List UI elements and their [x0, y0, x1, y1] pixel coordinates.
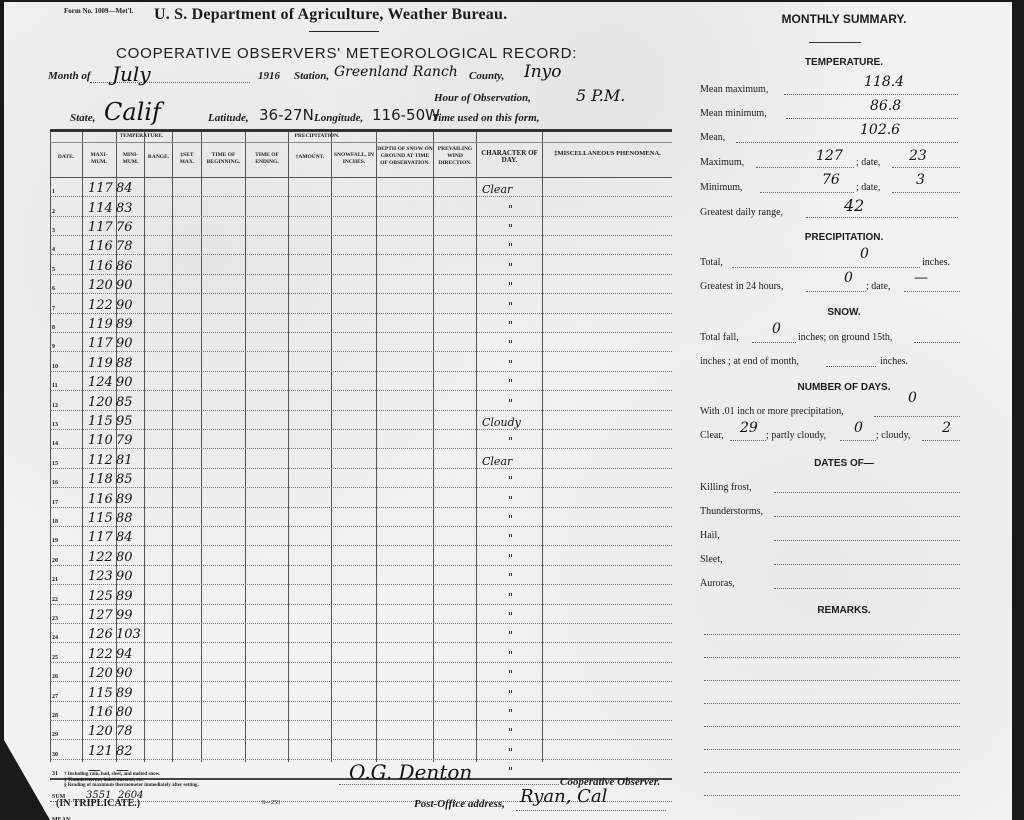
department-title: U. S. Department of Agriculture, Weather… — [154, 6, 507, 24]
remarks-heading: REMARKS. — [694, 605, 994, 616]
row-date: 29 — [52, 732, 58, 738]
table-row: 2 114 83 " — [50, 197, 672, 216]
row-character: " — [508, 726, 513, 739]
row-max-temp: 120 — [88, 278, 113, 293]
row-date: 17 — [52, 500, 58, 506]
remarks-line — [704, 680, 960, 681]
post-office-value: Ryan, Cal — [520, 786, 607, 807]
clear-label: Clear, — [700, 430, 724, 441]
row-character: " — [508, 746, 513, 759]
row-max-temp: 120 — [88, 395, 113, 410]
dotted-line — [736, 142, 958, 143]
form-code: 8—253 — [262, 800, 280, 806]
table-row: 29 120 78 " — [50, 721, 672, 740]
row-min-temp: 90 — [116, 298, 133, 313]
cloudy-label: ; cloudy, — [876, 430, 910, 441]
table-row: 30 121 82 " — [50, 741, 672, 760]
row-min-temp: 90 — [116, 569, 133, 584]
time-used-label: Time used on this form, — [432, 112, 539, 124]
row-max-temp: 127 — [88, 608, 113, 623]
row-max-temp: 122 — [88, 647, 113, 662]
weather-record-form: Form No. 1009—Met'l. U. S. Department of… — [4, 2, 1012, 820]
row-max-temp: 118 — [88, 472, 113, 487]
month-label: Month of — [48, 70, 91, 82]
row-min-temp: 94 — [116, 647, 133, 662]
table-row: 5 116 86 " — [50, 256, 672, 275]
hour-value: 5 P.M. — [576, 86, 625, 105]
row-max-temp: 116 — [88, 259, 113, 274]
row-max-temp: 120 — [88, 666, 113, 681]
row-max-temp: 119 — [88, 356, 113, 371]
row-date: 28 — [52, 713, 58, 719]
remarks-line — [704, 749, 960, 750]
row-min-temp: 81 — [116, 453, 133, 468]
row-min-temp: 95 — [116, 414, 133, 429]
row-max-temp: 119 — [88, 317, 113, 332]
row-character: " — [508, 610, 513, 623]
hour-label: Hour of Observation, — [434, 92, 531, 104]
summary-title: MONTHLY SUMMARY. — [694, 12, 994, 26]
table-row: 25 122 94 " — [50, 644, 672, 663]
row-min-temp: 80 — [116, 705, 133, 720]
max-date-label: ; date, — [856, 157, 880, 168]
dates-of-item: Sleet, — [700, 554, 723, 565]
dates-of-item: Hail, — [700, 530, 720, 541]
mean-label: Mean, — [700, 132, 725, 143]
partly-cloudy-value: 0 — [854, 420, 863, 436]
dotted-line — [732, 267, 920, 268]
observer-signature-line: O.G. Denton — [339, 760, 559, 785]
precip-total-label: Total, — [700, 257, 723, 268]
row-date: 10 — [52, 364, 58, 370]
dotted-line — [806, 291, 866, 292]
table-row: 26 120 90 " — [50, 663, 672, 682]
row-max-temp: 121 — [88, 744, 113, 759]
row-min-temp: 90 — [116, 336, 133, 351]
col-date: DATE. — [50, 154, 82, 161]
col-snow-depth: DEPTH OF SNOW ON GROUND AT TIME OF OBSER… — [377, 146, 433, 167]
row-min-temp: 82 — [116, 744, 133, 759]
clear-value: 29 — [740, 420, 758, 436]
table-row: 3 117 76 " — [50, 217, 672, 236]
col-misc: ‡MISCELLANEOUS PHENOMENA. — [543, 150, 672, 157]
row-character: " — [508, 494, 513, 507]
table-row: 8 119 89 " — [50, 314, 672, 333]
dotted-line — [826, 366, 876, 367]
row-max-temp: 116 — [88, 239, 113, 254]
row-character: " — [508, 261, 513, 274]
row-max-temp: 122 — [88, 298, 113, 313]
table-row: 23 127 99 " — [50, 605, 672, 624]
dates-of-item: Killing frost, — [700, 482, 752, 493]
dotted-line — [892, 167, 960, 168]
table-row: 27 115 89 " — [50, 682, 672, 701]
dates-of-item: Auroras, — [700, 578, 735, 589]
row-date: 2 — [52, 209, 55, 215]
row-date: 4 — [52, 247, 55, 253]
col-range: RANGE. — [145, 154, 172, 161]
row-min-temp: 85 — [116, 472, 133, 487]
row-max-temp: 110 — [88, 433, 113, 448]
state-label: State, — [70, 112, 95, 124]
row-character: " — [508, 552, 513, 565]
row-min-temp: 88 — [116, 356, 133, 371]
precipitation-heading: PRECIPITATION. — [694, 232, 994, 243]
row-character: " — [508, 532, 513, 545]
table-row: 19 117 84 " — [50, 527, 672, 546]
row-character: " — [508, 688, 513, 701]
row-min-temp: 90 — [116, 278, 133, 293]
inches-label: inches. — [922, 257, 950, 268]
row-max-temp: 123 — [88, 569, 113, 584]
row-max-temp: 117 — [88, 220, 113, 235]
row-character: " — [508, 358, 513, 371]
table-row: 16 118 85 " — [50, 469, 672, 488]
remarks-line — [704, 772, 960, 773]
row-character: " — [508, 319, 513, 332]
row-date: 27 — [52, 694, 58, 700]
county-label: County, — [469, 70, 504, 82]
row-character: " — [508, 513, 513, 526]
dates-of-heading: DATES OF— — [694, 458, 994, 469]
daily-record-table: TEMPERATURE. PRECIPITATION. DATE. MAXI-M… — [50, 129, 672, 762]
dotted-line — [774, 564, 960, 565]
row-min-temp: 89 — [116, 686, 133, 701]
row-date: 3 — [52, 228, 55, 234]
county-value: Inyo — [524, 62, 562, 82]
snow-end-label: inches ; at end of month, — [700, 356, 799, 367]
table-row: 10 119 88 " — [50, 353, 672, 372]
cloudy-value: 2 — [942, 420, 951, 436]
row-min-temp: 76 — [116, 220, 133, 235]
snow-total-value: 0 — [772, 321, 781, 337]
year: 1916 — [258, 70, 280, 82]
maximum-value: 127 — [816, 148, 843, 164]
row-character: " — [508, 707, 513, 720]
row-max-temp: 122 — [88, 550, 113, 565]
row-character: " — [508, 338, 513, 351]
footnotes: † Including rain, hail, sleet, and melte… — [64, 772, 199, 789]
col-max: MAXI-MUM. — [83, 152, 115, 166]
row-date: 9 — [52, 344, 55, 350]
mean-value: 102.6 — [860, 122, 900, 138]
row-character: " — [508, 591, 513, 604]
post-office-label: Post-Office address, — [414, 798, 505, 810]
row-min-temp: 84 — [116, 181, 133, 196]
mean-min-label: Mean minimum, — [700, 108, 767, 119]
remarks-line — [704, 726, 960, 727]
longitude-value: 116-50W — [372, 106, 440, 124]
dotted-line — [756, 167, 854, 168]
col-set-max: ‡SET MAX. — [173, 152, 201, 166]
minimum-value: 76 — [822, 172, 840, 188]
col-min: MINI-MUM. — [117, 152, 144, 166]
row-date: 7 — [52, 306, 55, 312]
row-min-temp: 83 — [116, 201, 133, 216]
row-date: 25 — [52, 655, 58, 661]
row-date: 23 — [52, 616, 58, 622]
days-heading: NUMBER OF DAYS. — [694, 382, 994, 393]
table-row: 18 115 88 " — [50, 508, 672, 527]
row-character: " — [508, 377, 513, 390]
month-field: July — [90, 62, 250, 83]
snow-total-label: Total fall, — [700, 332, 739, 343]
dotted-line — [774, 540, 960, 541]
col-amount: †AMOUNT. — [289, 154, 331, 161]
range-label: Greatest daily range, — [700, 207, 783, 218]
col-snowfall: SNOWFALL, IN INCHES. — [332, 152, 376, 166]
row-min-temp: 90 — [116, 666, 133, 681]
station-label: Station, — [294, 70, 329, 82]
row-min-temp: 78 — [116, 724, 133, 739]
row-date: 8 — [52, 325, 55, 331]
mean-max-label: Mean maximum, — [700, 84, 768, 95]
col-time-ending: TIME OF ENDING. — [246, 152, 288, 166]
row-date: 11 — [52, 383, 58, 389]
row-date: 1 — [52, 189, 55, 195]
row-max-temp: 117 — [88, 530, 113, 545]
row-character: " — [508, 203, 513, 216]
row-max-temp: 114 — [88, 201, 113, 216]
table-row: 1 117 84 Clear — [50, 178, 672, 197]
table-row: 24 126 103 " — [50, 624, 672, 643]
row-date: 26 — [52, 674, 58, 680]
row-min-temp: 84 — [116, 530, 133, 545]
row-min-temp: 103 — [116, 627, 141, 642]
table-row: 22 125 89 " — [50, 585, 672, 604]
minimum-label: Minimum, — [700, 182, 743, 193]
dates-of-item: Thunderstorms, — [700, 506, 763, 517]
row-max-temp: 115 — [88, 414, 113, 429]
table-row: 20 122 80 " — [50, 547, 672, 566]
dotted-line — [904, 291, 960, 292]
row-character: " — [508, 300, 513, 313]
remarks-line — [704, 703, 960, 704]
post-office-line: Ryan, Cal — [516, 786, 666, 811]
snow-heading: SNOW. — [694, 307, 994, 318]
row-date: 22 — [52, 597, 58, 603]
dotted-line — [774, 516, 960, 517]
table-row: 14 110 79 " — [50, 430, 672, 449]
row-max-temp: 126 — [88, 627, 113, 642]
row-max-temp: 116 — [88, 492, 113, 507]
col-character: CHARACTER OF DAY. — [477, 150, 542, 164]
table-row: 7 122 90 " — [50, 294, 672, 313]
dotted-line — [874, 416, 960, 417]
row-date: 5 — [52, 267, 55, 273]
row-character: " — [508, 222, 513, 235]
row-date: 31 — [52, 771, 58, 777]
longitude-label: Longitude, — [314, 112, 363, 124]
observer-signature: O.G. Denton — [349, 760, 472, 784]
row-date: 18 — [52, 519, 58, 525]
remarks-line — [704, 795, 960, 796]
col-time-beginning: TIME OF BEGINNING. — [202, 152, 245, 166]
row-max-temp: 125 — [88, 589, 113, 604]
row-max-temp: 115 — [88, 511, 113, 526]
row-character: " — [508, 649, 513, 662]
row-date: 13 — [52, 422, 58, 428]
divider — [309, 31, 379, 32]
row-min-temp: 99 — [116, 608, 133, 623]
dotted-line — [774, 492, 960, 493]
table-row: 9 117 90 " — [50, 333, 672, 352]
row-character: Cloudy — [482, 416, 521, 429]
row-date: 20 — [52, 558, 58, 564]
row-date: 24 — [52, 635, 58, 641]
row-date: 6 — [52, 286, 55, 292]
divider — [809, 42, 861, 43]
greatest-date-label: ; date, — [866, 281, 890, 292]
remarks-line — [704, 634, 960, 635]
precipitation-group-header: PRECIPITATION. — [201, 133, 433, 140]
greatest-24h-label: Greatest in 24 hours, — [700, 281, 783, 292]
table-row: 4 116 78 " — [50, 236, 672, 255]
temperature-heading: TEMPERATURE. — [694, 57, 994, 68]
table-row: 6 120 90 " — [50, 275, 672, 294]
row-min-temp: 89 — [116, 589, 133, 604]
row-max-temp: 120 — [88, 724, 113, 739]
maximum-label: Maximum, — [700, 157, 744, 168]
dotted-line — [784, 94, 958, 95]
row-max-temp: 115 — [88, 686, 113, 701]
latitude-label: Latitude, — [208, 112, 249, 124]
station-value: Greenland Ranch — [334, 64, 458, 80]
temperature-group-header: TEMPERATURE. — [82, 133, 201, 140]
row-character: " — [508, 241, 513, 254]
latitude-value: 36-27N — [259, 106, 314, 124]
row-date: 30 — [52, 752, 58, 758]
precip-days-label: With .01 inch or more precipitation, — [700, 406, 844, 417]
max-date-value: 23 — [909, 148, 927, 164]
dotted-line — [914, 342, 960, 343]
row-character: Clear — [482, 455, 512, 468]
footnote-3: § Reading of maximum thermometer immedia… — [64, 783, 199, 789]
state-value: Calif — [104, 98, 161, 126]
row-min-temp: 89 — [116, 317, 133, 332]
range-value: 42 — [844, 196, 864, 215]
dotted-line — [786, 118, 958, 119]
col-wind-direction: PREVAILING WIND DIRECTION. — [434, 146, 476, 167]
row-min-temp: 79 — [116, 433, 133, 448]
row-character: Clear — [482, 183, 512, 196]
partly-cloudy-label: ; partly cloudy, — [766, 430, 826, 441]
form-number: Form No. 1009—Met'l. — [64, 7, 133, 15]
dotted-line — [806, 217, 958, 218]
row-min-temp: 90 — [116, 375, 133, 390]
dotted-line — [922, 440, 960, 441]
table-row: 15 112 81 Clear — [50, 450, 672, 469]
row-character: " — [508, 397, 513, 410]
min-date-label: ; date, — [856, 182, 880, 193]
min-date-value: 3 — [916, 172, 925, 188]
greatest-24h-value: 0 — [844, 270, 853, 286]
row-date: 19 — [52, 538, 58, 544]
dotted-line — [730, 440, 766, 441]
table-row: 12 120 85 " — [50, 391, 672, 410]
row-date: 21 — [52, 577, 58, 583]
row-date: 15 — [52, 461, 58, 467]
precip-total-value: 0 — [860, 246, 869, 262]
row-date: 14 — [52, 441, 58, 447]
row-character: " — [508, 280, 513, 293]
table-row: 11 124 90 " — [50, 372, 672, 391]
table-row: 21 123 90 " — [50, 566, 672, 585]
row-max-temp: 124 — [88, 375, 113, 390]
row-min-temp: 78 — [116, 239, 133, 254]
row-max-temp: 117 — [88, 181, 113, 196]
row-max-temp: 116 — [88, 705, 113, 720]
row-date: 12 — [52, 403, 58, 409]
form-title: COOPERATIVE OBSERVERS' METEOROLOGICAL RE… — [116, 45, 577, 62]
dotted-line — [760, 192, 854, 193]
dotted-line — [892, 192, 960, 193]
dotted-line — [840, 440, 876, 441]
mean-max-value: 118.4 — [864, 74, 904, 90]
table-row: 28 116 80 " — [50, 702, 672, 721]
torn-corner — [4, 740, 50, 820]
dotted-line — [774, 588, 960, 589]
row-max-temp: 117 — [88, 336, 113, 351]
row-character: " — [508, 629, 513, 642]
greatest-date-value: — — [914, 270, 928, 286]
triplicate-note: (IN TRIPLICATE.) — [56, 798, 140, 809]
table-row: 17 116 89 " — [50, 488, 672, 507]
row-min-temp: 85 — [116, 395, 133, 410]
row-min-temp: 80 — [116, 550, 133, 565]
snow-end-inches: inches. — [880, 356, 908, 367]
table-row: 13 115 95 Cloudy — [50, 411, 672, 430]
row-character: " — [508, 474, 513, 487]
row-character: " — [508, 435, 513, 448]
row-min-temp: 89 — [116, 492, 133, 507]
row-max-temp: 112 — [88, 453, 113, 468]
month-value: July — [112, 62, 151, 86]
row-min-temp: 88 — [116, 511, 133, 526]
row-character: " — [508, 571, 513, 584]
snow-ground-label: inches; on ground 15th, — [798, 332, 892, 343]
row-min-temp: 86 — [116, 259, 133, 274]
row-character: " — [508, 668, 513, 681]
row-date: 16 — [52, 480, 58, 486]
dotted-line — [752, 342, 796, 343]
remarks-line — [704, 657, 960, 658]
precip-days-value: 0 — [908, 390, 917, 406]
mean-min-value: 86.8 — [870, 98, 901, 114]
